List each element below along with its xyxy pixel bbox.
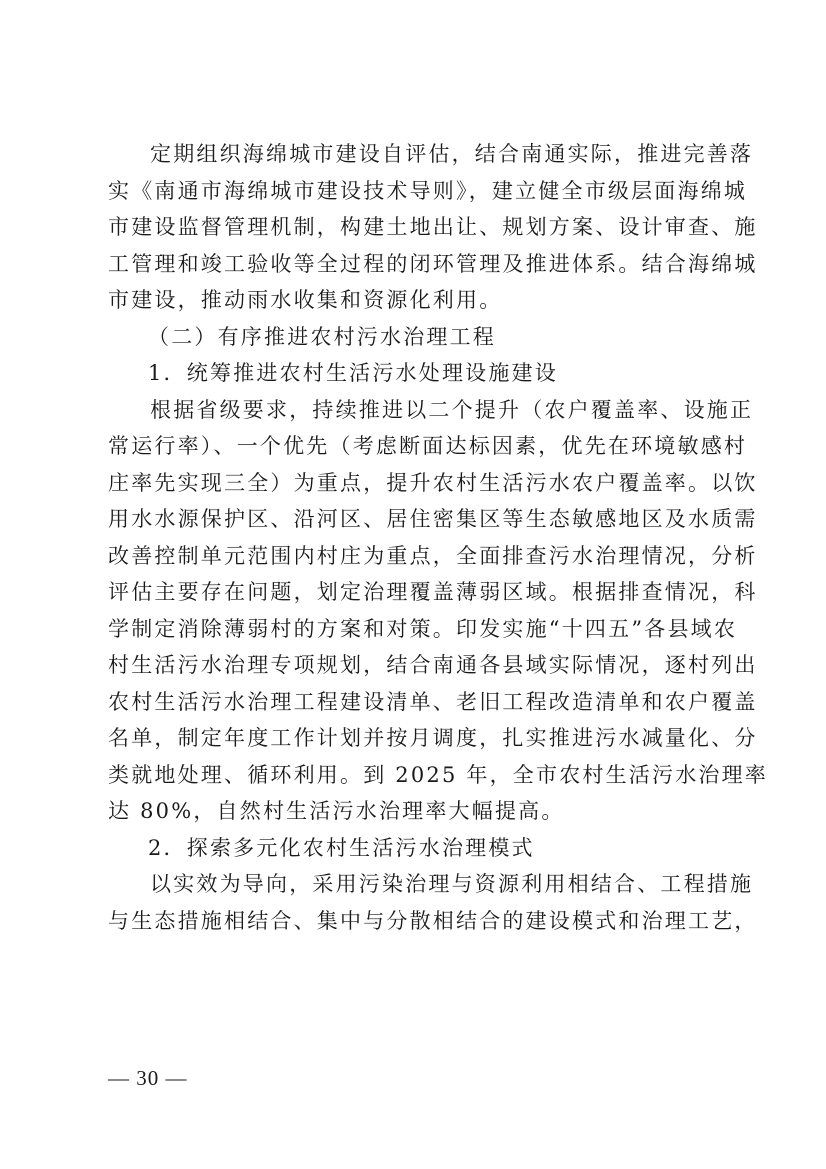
paragraph-line: 评估主要存在问题，划定治理覆盖薄弱区域。根据排查情况，科 <box>108 574 720 611</box>
paragraph-line: 根据省级要求，持续推进以二个提升（农户覆盖率、设施正 <box>108 392 720 429</box>
paragraph-line: 类就地处理、循环利用。到 2025 年，全市农村生活污水治理率 <box>108 757 720 794</box>
paragraph-line: 名单，制定年度工作计划并按月调度，扎实推进污水减量化、分 <box>108 720 720 757</box>
paragraph-line: 农村生活污水治理工程建设清单、老旧工程改造清单和农户覆盖 <box>108 684 720 721</box>
paragraph-line: 学制定消除薄弱村的方案和对策。印发实施“十四五”各县域农 <box>108 611 720 648</box>
paragraph-line: 村生活污水治理专项规划，结合南通各县域实际情况，逐村列出 <box>108 647 720 684</box>
paragraph-line: 以实效为导向，采用污染治理与资源利用相结合、工程措施 <box>108 866 720 903</box>
paragraph-line: 定期组织海绵城市建设自评估，结合南通实际，推进完善落 <box>108 136 720 173</box>
paragraph-line: 达 80%，自然村生活污水治理率大幅提高。 <box>108 793 720 830</box>
paragraph-line: 改善控制单元范围内村庄为重点，全面排查污水治理情况，分析 <box>108 538 720 575</box>
paragraph-line: 庄率先实现三全）为重点，提升农村生活污水农户覆盖率。以饮 <box>108 465 720 502</box>
subheading-1: 1．统筹推进农村生活污水处理设施建设 <box>108 355 720 392</box>
subheading-2: 2．探索多元化农村生活污水治理模式 <box>108 830 720 867</box>
paragraph-line: 市建设监督管理机制，构建土地出让、规划方案、设计审查、施 <box>108 209 720 246</box>
paragraph-line: 用水水源保护区、沿河区、居住密集区等生态敏感地区及水质需 <box>108 501 720 538</box>
document-page: 定期组织海绵城市建设自评估，结合南通实际，推进完善落 实《南通市海绵城市建设技术… <box>108 136 720 939</box>
page-number: — 30 — <box>108 1066 188 1091</box>
paragraph-line: 实《南通市海绵城市建设技术导则》，建立健全市级层面海绵城 <box>108 173 720 210</box>
section-heading: （二）有序推进农村污水治理工程 <box>108 319 720 356</box>
paragraph-line: 常运行率）、一个优先（考虑断面达标因素，优先在环境敏感村 <box>108 428 720 465</box>
paragraph-line: 市建设，推动雨水收集和资源化利用。 <box>108 282 720 319</box>
paragraph-line: 与生态措施相结合、集中与分散相结合的建设模式和治理工艺， <box>108 903 720 940</box>
paragraph-line: 工管理和竣工验收等全过程的闭环管理及推进体系。结合海绵城 <box>108 246 720 283</box>
